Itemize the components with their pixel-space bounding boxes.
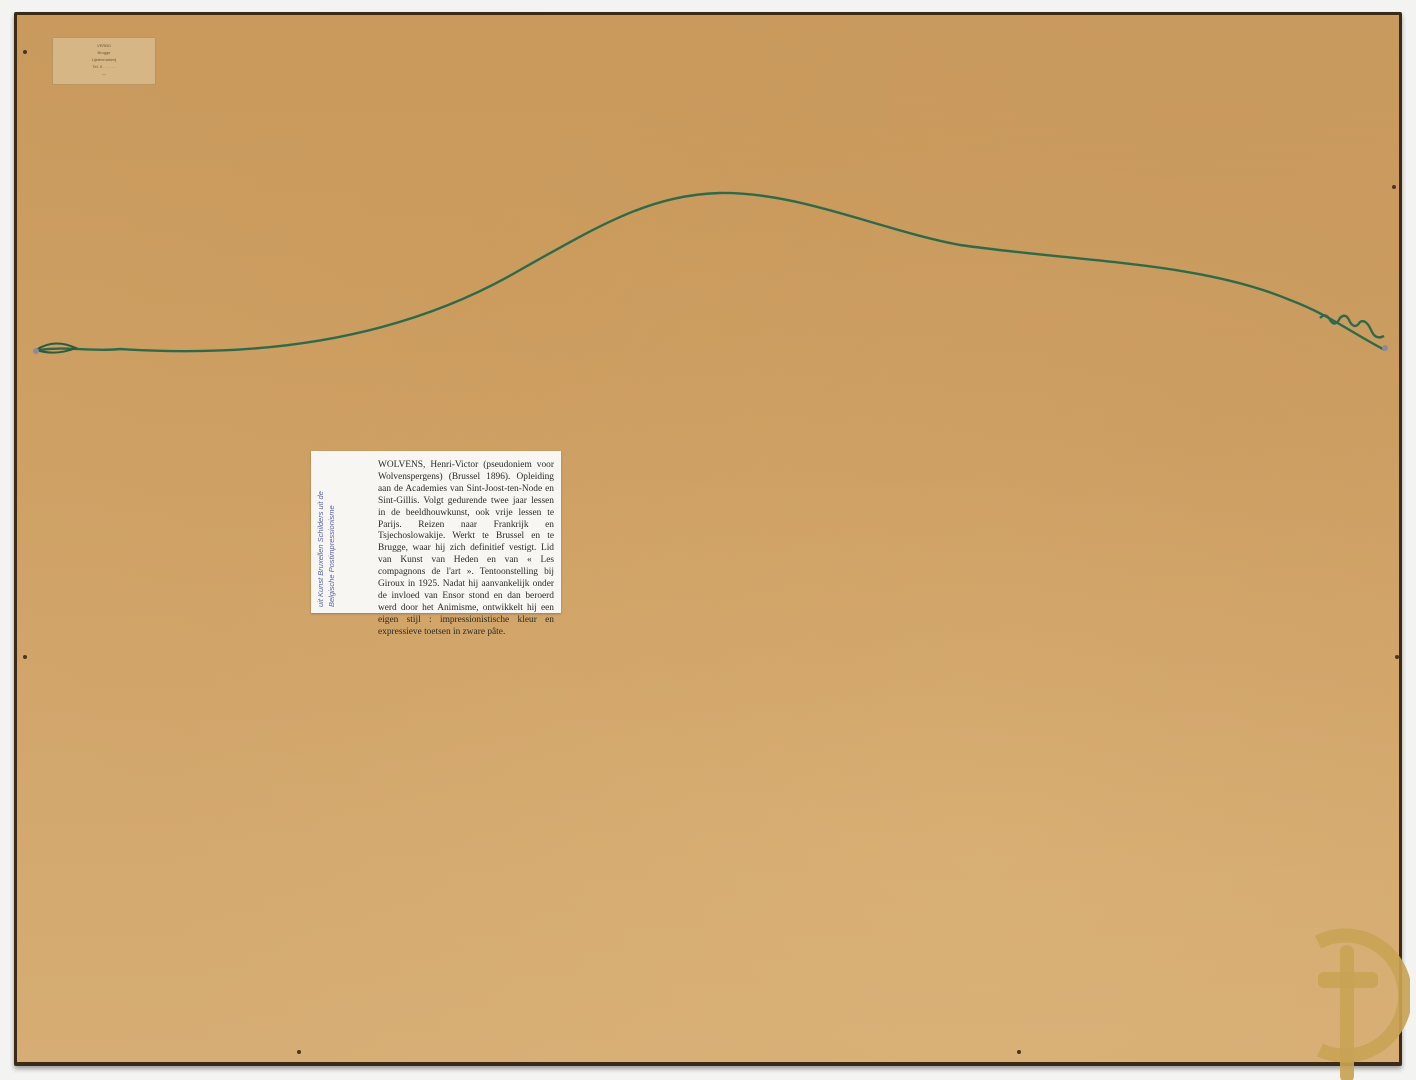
hanging-wire (0, 0, 1416, 1080)
auction-house-logo-icon (1300, 920, 1410, 1080)
